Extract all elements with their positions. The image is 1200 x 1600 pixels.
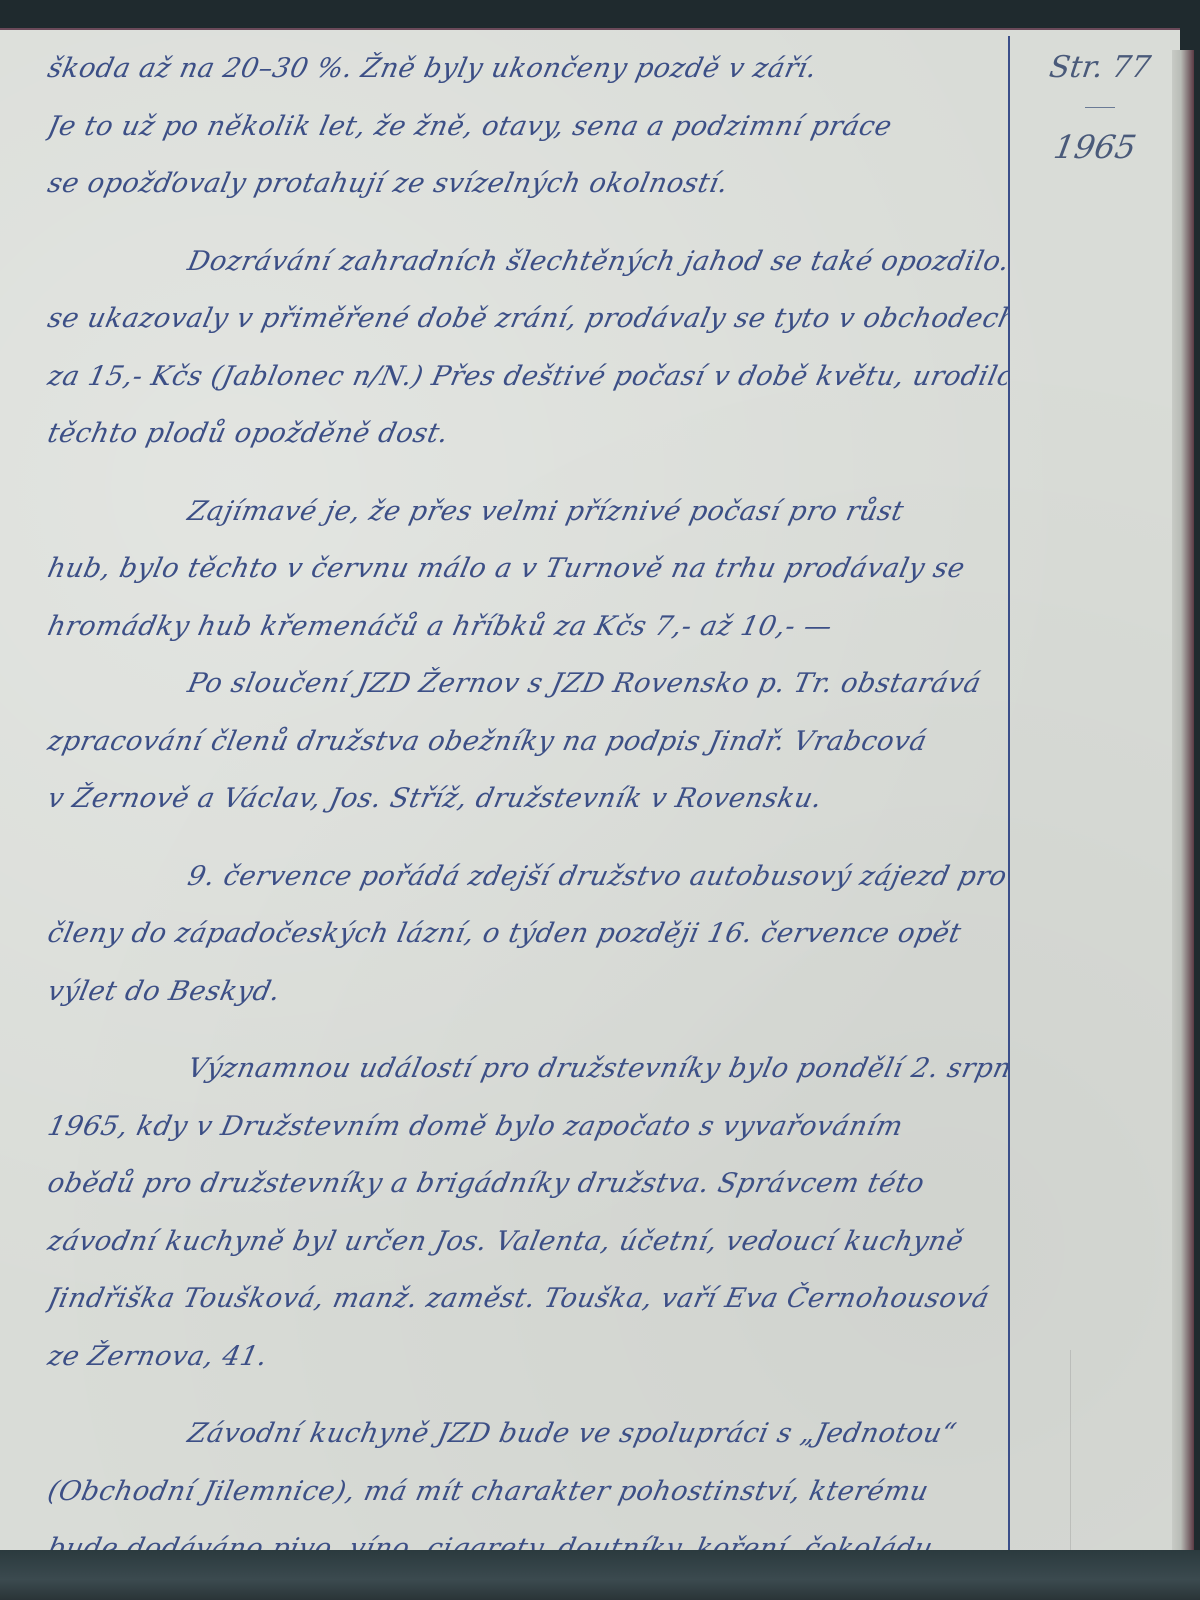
right-margin: Str. 77 1965: [1015, 50, 1175, 166]
text-line: Je to už po několik let, že žně, otavy, …: [42, 98, 1014, 156]
text-line: Významnou událostí pro družstevníky bylo…: [42, 1040, 1014, 1098]
text-line: Závodní kuchyně JZD bude ve spolupráci s…: [42, 1405, 1014, 1463]
text-line: členy do západočeských lázní, o týden po…: [42, 905, 1014, 963]
text-line: těchto plodů opožděně dost.: [42, 405, 1014, 463]
text-line: 9. července pořádá zdejší družstvo autob…: [42, 848, 1014, 906]
text-line: obědů pro družstevníky a brigádníky druž…: [42, 1155, 1014, 1213]
margin-dash: [1085, 107, 1115, 108]
text-line: závodní kuchyně byl určen Jos. Valenta, …: [42, 1213, 1014, 1271]
faint-rule: [1070, 1350, 1071, 1550]
text-line: zpracování členů družstva obežníky na po…: [42, 713, 1014, 771]
text-line: (Obchodní Jilemnice), má mít charakter p…: [42, 1463, 1014, 1521]
text-line: Po sloučení JZD Žernov s JZD Rovensko p.…: [42, 655, 1014, 713]
text-line: se ukazovaly v přiměřené době zrání, pro…: [42, 290, 1014, 348]
text-line: 1965, kdy v Družstevním domě bylo započa…: [42, 1098, 1014, 1156]
text-line: ze Žernova, 41.: [42, 1328, 1014, 1386]
background-surface: [0, 1550, 1200, 1600]
page-stack-edge: [1172, 50, 1194, 1550]
year-label: 1965: [1012, 128, 1179, 166]
text-line: Zajímavé je, že přes velmi příznivé poča…: [42, 483, 1014, 541]
text-line: výlet do Beskyd.: [42, 963, 1014, 1021]
text-line: se opožďovaly protahují ze svízelných ok…: [42, 155, 1014, 213]
handwritten-body: škoda až na 20–30 %. Žně byly ukončeny p…: [42, 40, 1002, 1578]
text-line: za 15,- Kčs (Jablonec n/N.) Přes deštivé…: [42, 348, 1014, 406]
text-line: v Žernově a Václav, Jos. Stříž, družstev…: [42, 770, 1014, 828]
text-line: Jindřiška Toušková, manž. zaměst. Touška…: [42, 1270, 1014, 1328]
text-line: škoda až na 20–30 %. Žně byly ukončeny p…: [42, 40, 1014, 98]
text-line: hromádky hub křemenáčů a hříbků za Kčs 7…: [42, 598, 1014, 656]
text-line: hub, bylo těchto v červnu málo a v Turno…: [42, 540, 1014, 598]
text-line: Dozrávání zahradních šlechtěných jahod s…: [42, 233, 1014, 291]
page-number: Str. 77: [1023, 50, 1178, 85]
